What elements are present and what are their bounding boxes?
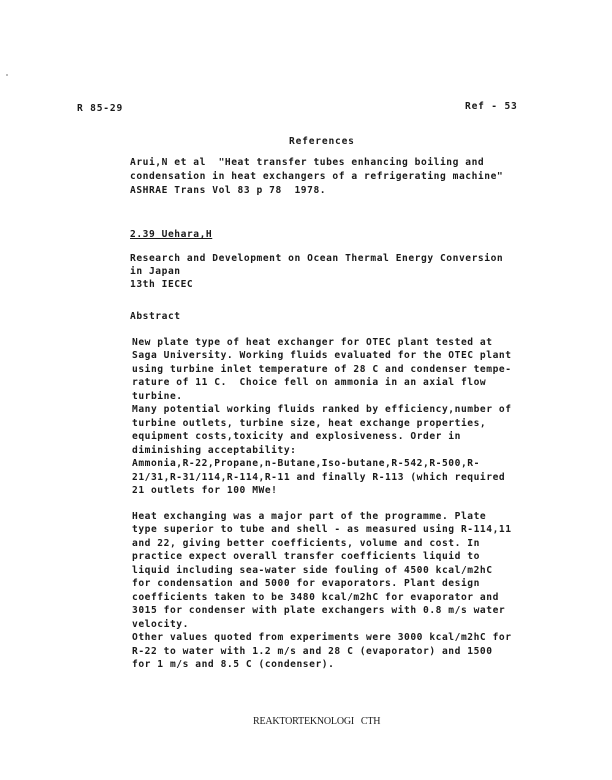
- abstract-line: equipment costs,toxicity and explosivene…: [132, 431, 461, 443]
- abstract-line: diminishing acceptability:: [132, 445, 296, 457]
- abstract-line: Other values quoted from experiments wer…: [132, 632, 512, 644]
- reference-line: condensation in heat exchangers of a ref…: [130, 171, 503, 183]
- abstract-line: Many potential working fluids ranked by …: [132, 404, 512, 416]
- abstract-line: type superior to tube and shell - as mea…: [132, 524, 512, 536]
- abstract-line: turbine outlets, turbine size, heat exch…: [132, 418, 486, 430]
- entry-title-line: Research and Development on Ocean Therma…: [130, 253, 503, 265]
- abstract-line: Heat exchanging was a major part of the …: [132, 511, 486, 523]
- page-reference: Ref - 53: [465, 101, 518, 112]
- abstract-line: using turbine inlet temperature of 28 C …: [132, 364, 512, 376]
- abstract-line: R-22 to water with 1.2 m/s and 28 C (eva…: [132, 646, 493, 658]
- abstract-line: 21 outlets for 100 MWe!: [132, 485, 278, 497]
- entry-title-line: 13th IECEC: [130, 279, 193, 291]
- reference-line: Arui,N et al "Heat transfer tubes enhanc…: [130, 157, 484, 169]
- entry-title-line: in Japan: [130, 266, 181, 278]
- abstract-line: 3015 for condenser with plate exchangers…: [132, 605, 505, 617]
- footer-institution: REAKTORTEKNOLOGI CTH: [253, 716, 380, 727]
- abstract-line: New plate type of heat exchanger for OTE…: [132, 337, 493, 349]
- abstract-line: turbine.: [132, 391, 183, 403]
- abstract-line: velocity.: [132, 619, 189, 631]
- abstract-line: Saga University. Working fluids evaluate…: [132, 350, 512, 362]
- abstract-line: coefficients taken to be 3480 kcal/m2hC …: [132, 592, 499, 604]
- scan-speck: [6, 74, 8, 76]
- abstract-line: 21/31,R-31/114,R-114,R-11 and finally R-…: [132, 472, 505, 484]
- entry-heading: 2.39 Uehara,H: [130, 229, 212, 241]
- abstract-line: rature of 11 C. Choice fell on ammonia i…: [132, 377, 486, 389]
- abstract-line: practice expect overall transfer coeffic…: [132, 551, 480, 563]
- abstract-label: Abstract: [130, 311, 181, 323]
- abstract-line: liquid including sea-water side fouling …: [132, 565, 493, 577]
- abstract-line: Ammonia,R-22,Propane,n-Butane,Iso-butane…: [132, 458, 480, 470]
- abstract-line: and 22, giving better coefficients, volu…: [132, 538, 480, 550]
- abstract-line: for 1 m/s and 8.5 C (condenser).: [132, 659, 334, 671]
- section-title: References: [289, 136, 355, 147]
- report-number: R 85-29: [77, 103, 123, 114]
- reference-line: ASHRAE Trans Vol 83 p 78 1978.: [130, 185, 326, 197]
- abstract-line: for condensation and 5000 for evaporator…: [132, 578, 480, 590]
